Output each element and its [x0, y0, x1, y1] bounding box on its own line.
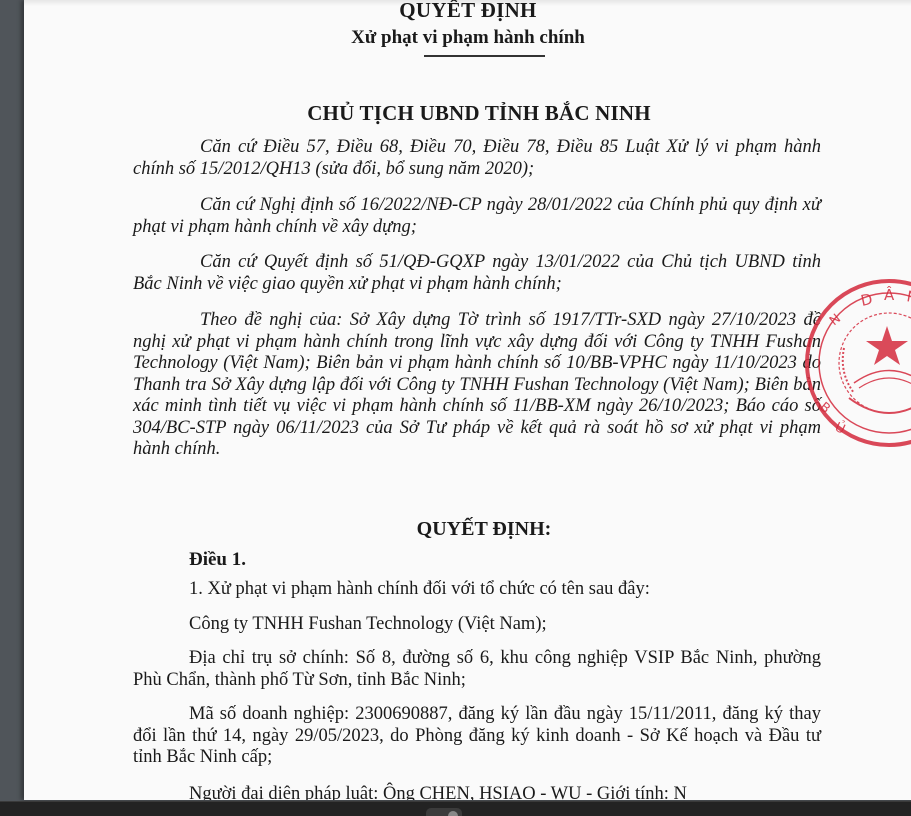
svg-text:D: D: [859, 290, 874, 310]
viewer-bottom-bar: [0, 801, 911, 816]
document-page: QUYẾT ĐỊNH Xử phạt vi phạm hành chính CH…: [24, 0, 911, 800]
preamble-paragraph: Căn cứ Quyết định số 51/QĐ-GQXP ngày 13/…: [133, 252, 821, 295]
document-viewer: QUYẾT ĐỊNH Xử phạt vi phạm hành chính CH…: [0, 0, 911, 816]
document-title: QUYẾT ĐỊNH: [24, 0, 911, 23]
legal-representative: Người đại diện pháp luật: Ông CHEN, HSIA…: [133, 784, 821, 800]
svg-text:Â: Â: [884, 285, 895, 304]
svg-text:Ủ: Ủ: [832, 418, 848, 437]
preamble-paragraph: Theo đề nghị của: Sở Xây dựng Tờ trình s…: [133, 310, 821, 461]
svg-text:N: N: [905, 287, 911, 307]
document-subtitle: Xử phạt vi phạm hành chính: [24, 27, 911, 49]
business-registration: Mã số doanh nghiệp: 2300690887, đăng ký …: [133, 704, 821, 769]
svg-text:N: N: [827, 311, 844, 329]
company-address: Địa chỉ trụ sở chính: Số 8, đường số 6, …: [133, 648, 821, 691]
company-name: Công ty TNHH Fushan Technology (Việt Nam…: [133, 614, 821, 636]
issuer-heading: CHỦ TỊCH UBND TỈNH BẮC NINH: [24, 101, 911, 126]
preamble-paragraph: Căn cứ Nghị định số 16/2022/NĐ-CP ngày 2…: [133, 195, 821, 238]
article-1-clause-1: 1. Xử phạt vi phạm hành chính đối với tổ…: [133, 579, 821, 601]
page-toolbar-handle[interactable]: [426, 808, 462, 816]
decision-heading: QUYẾT ĐỊNH:: [24, 518, 911, 541]
article-1-heading: Điều 1.: [189, 549, 246, 571]
preamble-paragraph: Căn cứ Điều 57, Điều 68, Điều 70, Điều 7…: [133, 137, 821, 180]
title-underline: [424, 55, 545, 57]
